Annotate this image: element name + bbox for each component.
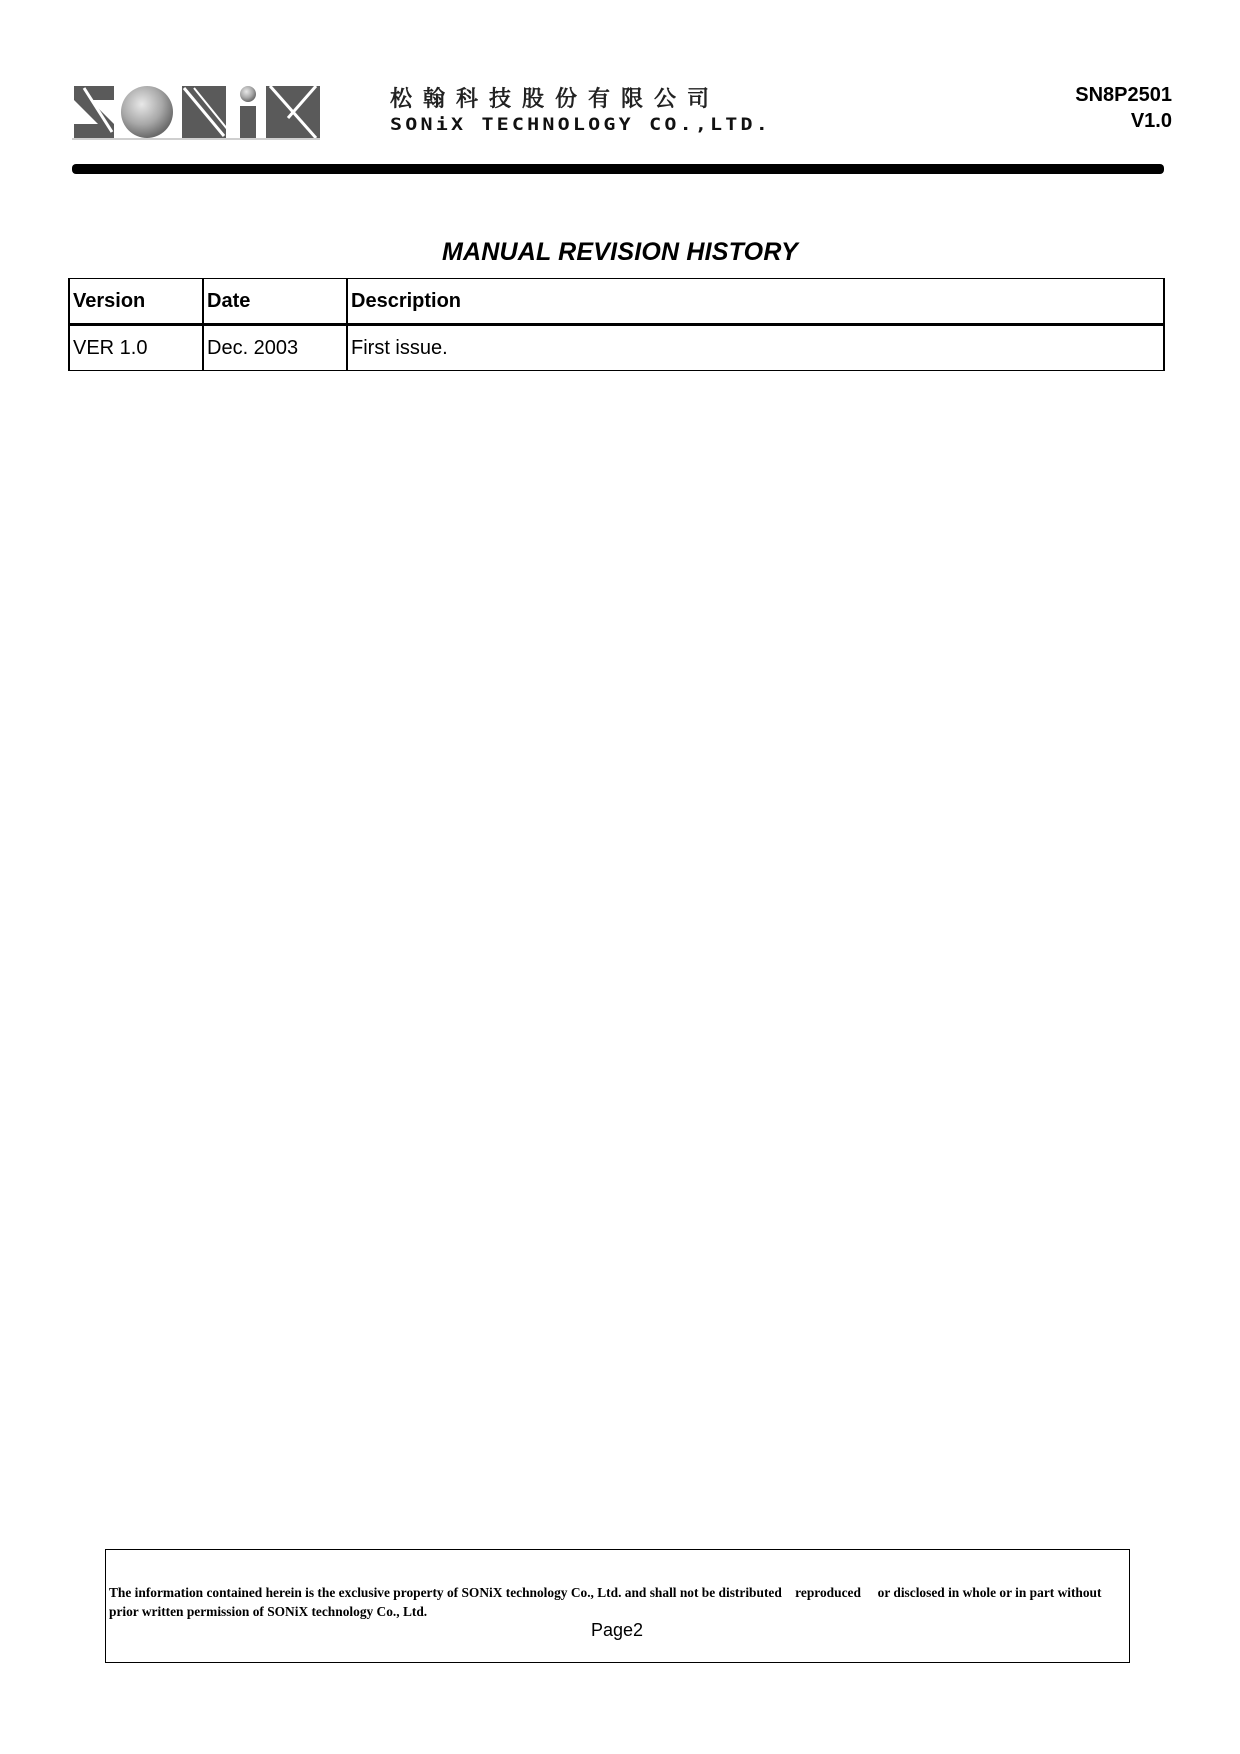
cell-description: First issue. [347,325,1164,371]
company-name-cn: 松翰科技股份有限公司 [390,86,860,112]
revision-history-table: Version Date Description VER 1.0 Dec. 20… [68,278,1165,371]
cell-version: VER 1.0 [69,325,203,371]
table-header-row: Version Date Description [69,279,1164,325]
page-title: MANUAL REVISION HISTORY [0,238,1240,267]
column-header-version: Version [69,279,203,325]
page-number: Page2 [591,1620,643,1641]
company-name: 松翰科技股份有限公司 SONiX TECHNOLOGY CO.,LTD. [390,86,860,138]
footer-box: The information contained herein is the … [105,1549,1130,1663]
company-name-en: SONiX TECHNOLOGY CO.,LTD. [390,114,860,134]
cell-date: Dec. 2003 [203,325,347,371]
confidentiality-notice: The information contained herein is the … [109,1583,1124,1621]
column-header-description: Description [347,279,1164,325]
sonix-logo-icon [70,84,322,140]
document-info: SN8P2501 V1.0 [1075,82,1172,134]
document-version: V1.0 [1075,108,1172,134]
header-divider [72,164,1164,174]
part-number: SN8P2501 [1075,82,1172,108]
column-header-date: Date [203,279,347,325]
table-row: VER 1.0 Dec. 2003 First issue. [69,325,1164,371]
